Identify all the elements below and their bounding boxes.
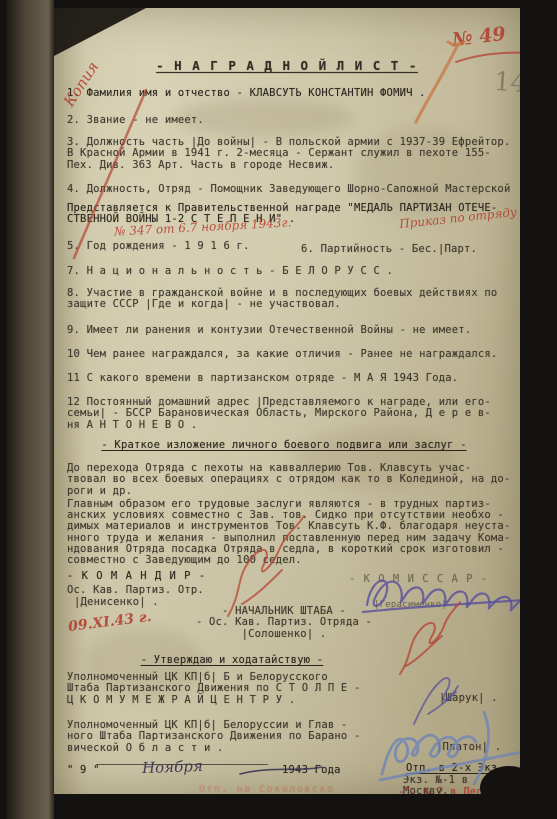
faded-red-stamp: Отп. на Соколовско (199, 784, 334, 794)
footer-day: " 9 " (67, 765, 100, 776)
commander-unit: Ос. Кав. Партиз. Отр. (67, 585, 204, 596)
approval-rep-1: Уполномоченный ЦК КП|б| Б и Белорусского… (67, 672, 360, 706)
folded-corner (54, 8, 146, 56)
approval-rep-2: Уполномоченный ЦК КП|б| Белоруссии и Гла… (67, 720, 360, 754)
orange-check-mark (408, 38, 468, 128)
field-12-address: 12 Постоянный домашний адрес |Представля… (67, 397, 491, 431)
red-slash-mark (62, 86, 157, 271)
page-edge (6, 0, 54, 819)
award-sheet-page: - Н А Г Р А Д Н О Й Л И С Т - 1. Фамилия… (54, 8, 520, 794)
red-date-annotation: 09.XI.43 г. (67, 609, 152, 635)
footer-month-handwritten: Ноября (142, 757, 203, 777)
field-10-prior-awards: 10 Чем ранее награждался, за какие отлич… (67, 349, 497, 360)
commander-signature-red (212, 508, 322, 623)
pencil-number: 14 (493, 67, 520, 99)
field-8-civilwar: 8. Участие в гражданской войне и в после… (67, 288, 497, 311)
commander-name: |Денисенко| . (74, 597, 159, 608)
field-9-wounds: 9. Имеет ли ранения и контузии Отечестве… (67, 325, 471, 336)
commander-title: - К О М А Н Д И Р - (67, 571, 206, 582)
approval-header: - Утверждаю и ходатайствую - (102, 655, 362, 666)
feat-section-header: - Краткое изложение личного боевого подв… (94, 440, 474, 451)
field-6-party: 6. Партийность - Бес.|Парт. (301, 244, 477, 255)
document-scan: - Н А Г Р А Д Н О Й Л И С Т - 1. Фамилия… (0, 0, 557, 819)
field-11-since: 11 С какого времени в партизанском отряд… (67, 373, 458, 384)
feat-paragraph-1: До перехода Отряда с пехоты на кавваллер… (67, 463, 510, 497)
month-flourish (240, 764, 325, 778)
